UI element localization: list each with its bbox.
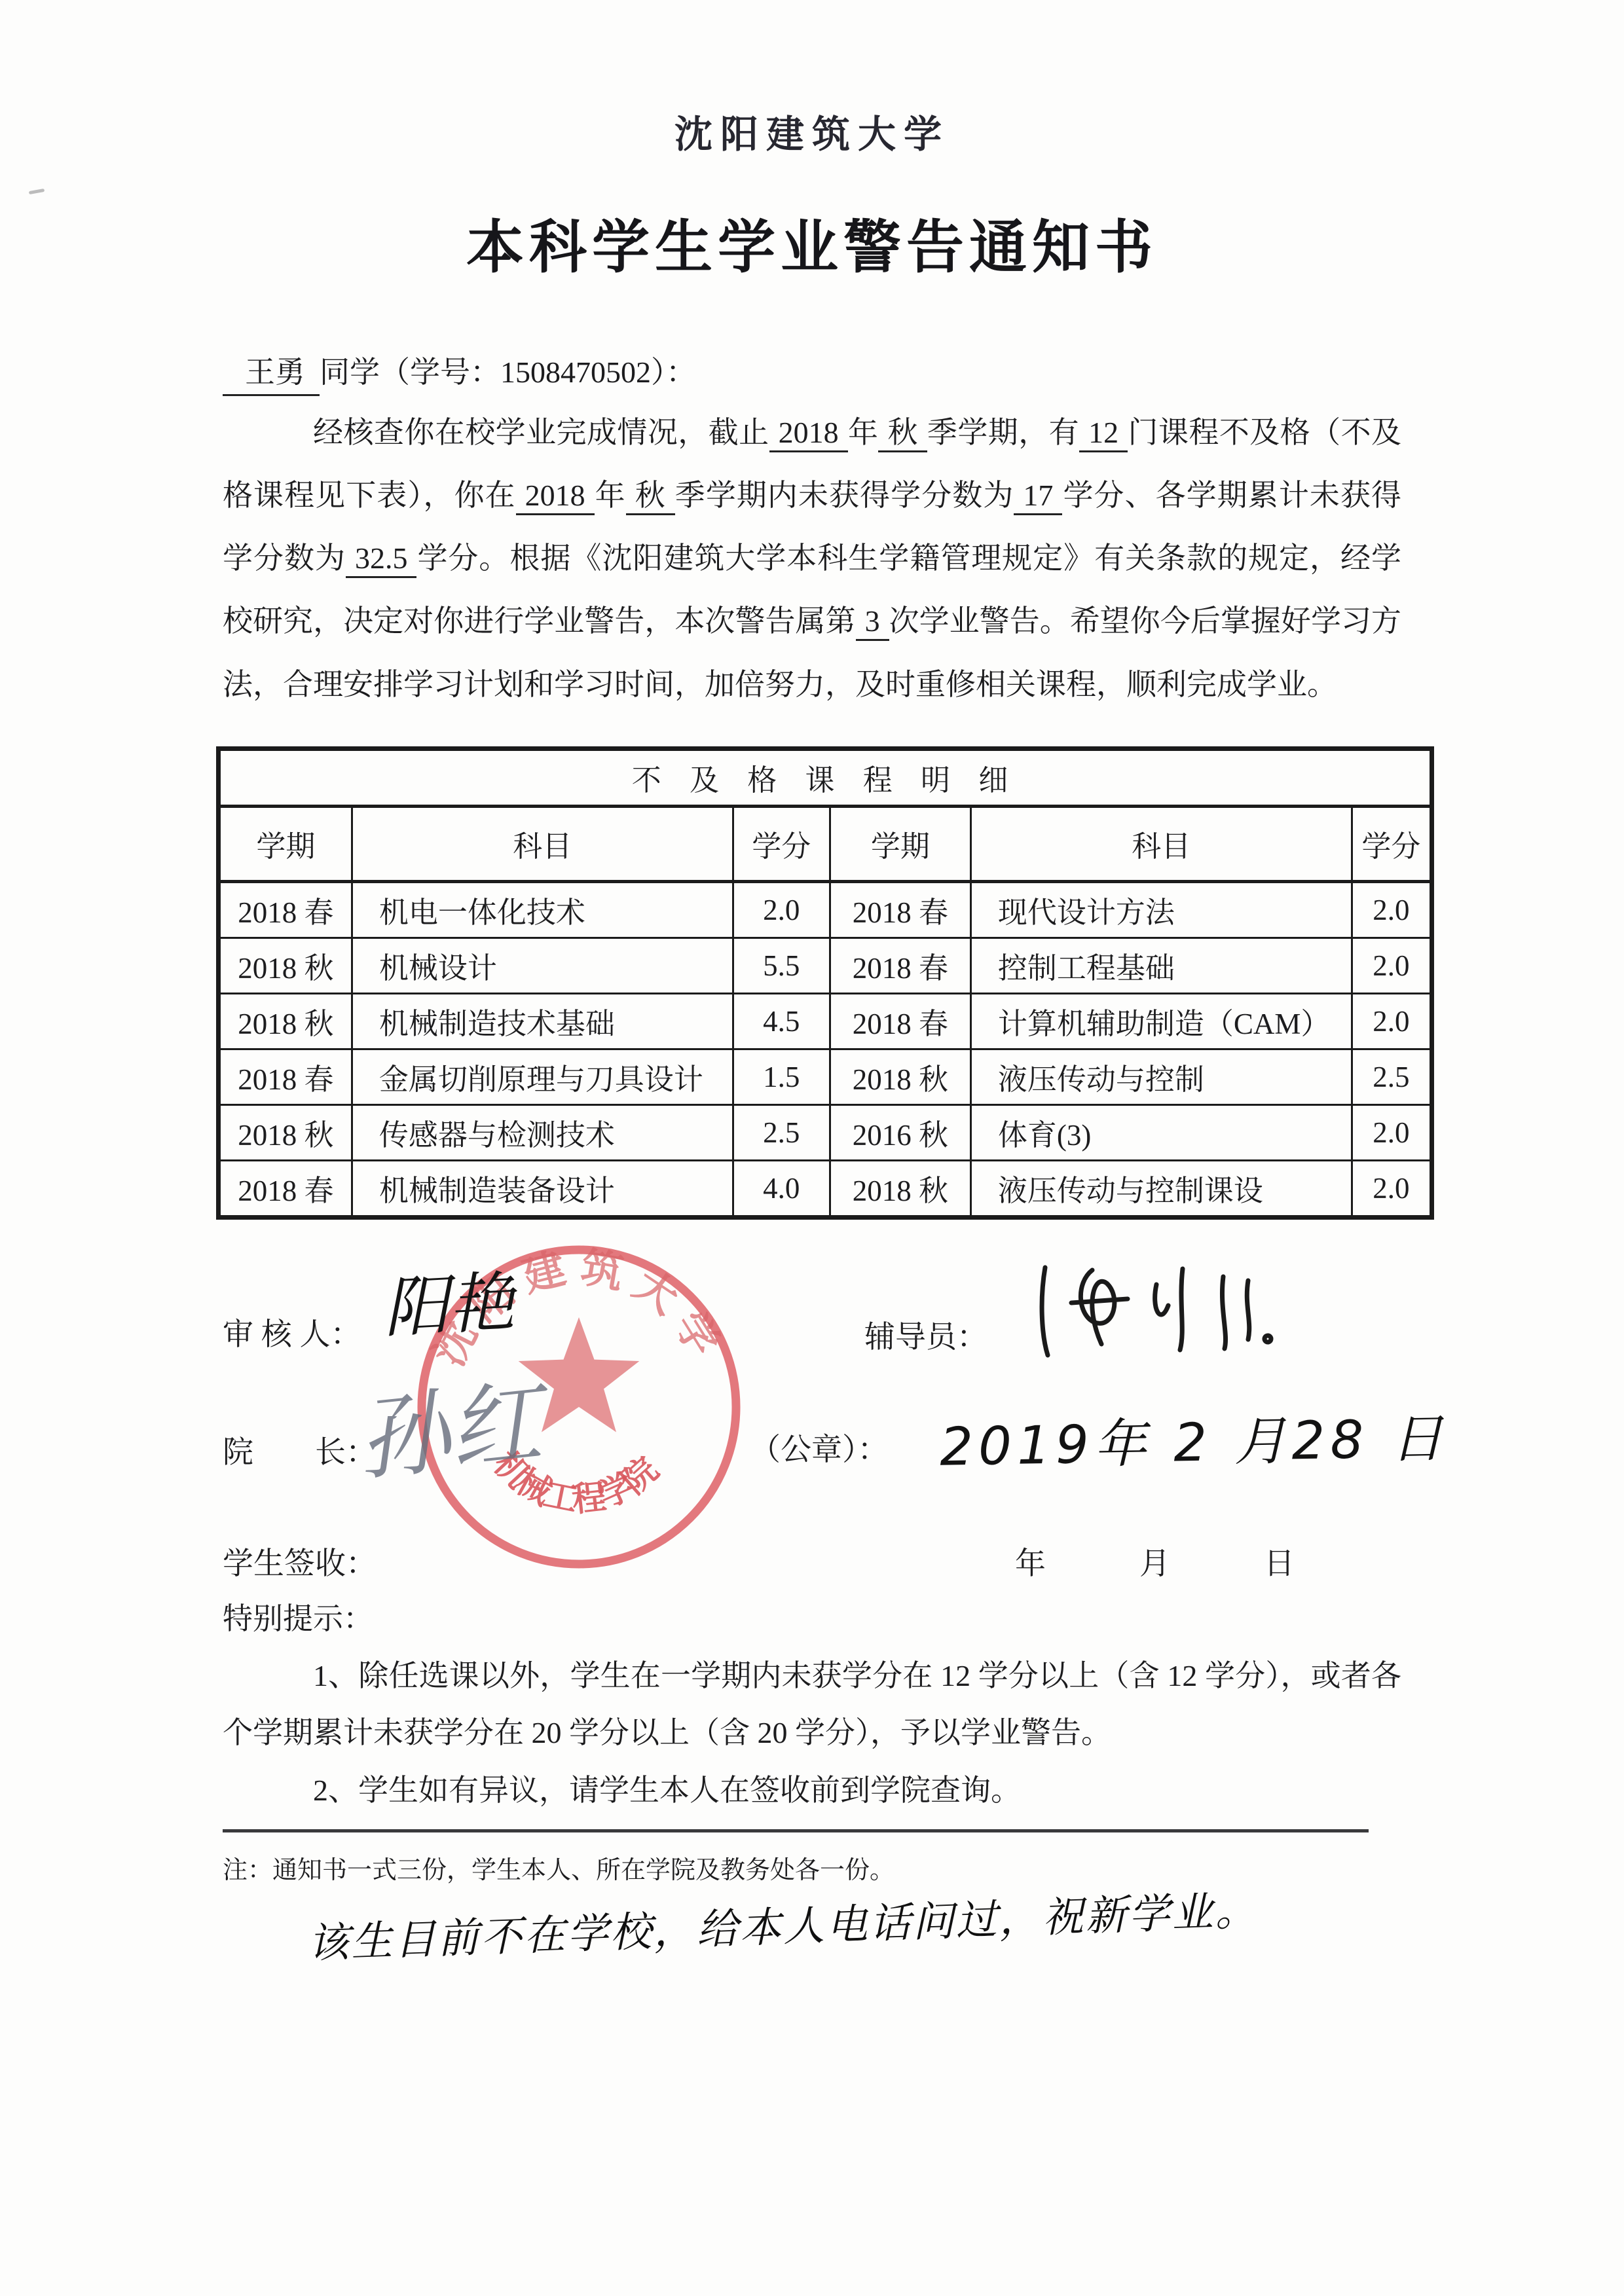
semester-cell: 2018 春 (219, 1049, 352, 1104)
credit-cell: 5.5 (733, 938, 830, 993)
subject-cell: 计算机辅助制造（CAM） (970, 993, 1352, 1049)
counselor-label: 辅导员： (864, 1313, 987, 1357)
semester-missed-credits-value: 17 (1014, 479, 1062, 515)
credit-cell: 2.0 (1352, 881, 1431, 938)
notice-title: 本科学生学业警告通知书 (0, 202, 1624, 284)
paragraph-text: 季学期，有 (927, 416, 1079, 449)
salutation-line: 王勇同学（学号：1508470502）： (223, 348, 1401, 396)
scan-artifact-dash (29, 189, 45, 194)
subject-cell: 液压传动与控制课设 (970, 1160, 1352, 1217)
footer-divider (223, 1829, 1369, 1832)
dean-label: 院 长： (223, 1428, 377, 1472)
subject-cell: 机电一体化技术 (352, 881, 733, 938)
reviewer-signature-handwritten: 阳艳 (380, 1248, 516, 1349)
paragraph-text: 季学期内未获得学分数为 (675, 479, 1014, 512)
day-label: 日 (1264, 1539, 1295, 1583)
semester-cell: 2018 春 (219, 881, 352, 938)
semester-cell: 2018 春 (830, 993, 970, 1049)
table-row: 2018 秋 传感器与检测技术 2.5 2016 秋 体育(3) 2.0 (219, 1104, 1432, 1160)
semester-season-value: 秋 (626, 479, 675, 515)
semester-cell: 2018 秋 (830, 1049, 970, 1104)
table-header-row: 学期 科目 学分 学期 科目 学分 (219, 806, 1432, 881)
student-receipt-label: 学生签收： (223, 1539, 377, 1583)
subject-cell: 金属切削原理与刀具设计 (352, 1049, 733, 1104)
credit-cell: 2.0 (733, 881, 830, 938)
credit-cell: 2.0 (1352, 993, 1431, 1049)
semester-cell: 2016 秋 (830, 1104, 970, 1160)
table-row: 2018 春 机械制造装备设计 4.0 2018 秋 液压传动与控制课设 2.0 (219, 1160, 1432, 1217)
subject-cell: 液压传动与控制 (970, 1049, 1352, 1104)
credit-cell: 4.5 (733, 993, 830, 1049)
month-label: 月 (1139, 1539, 1170, 1583)
subject-cell: 机械制造技术基础 (352, 993, 733, 1049)
signature-section: 沈阳建筑大学 机械工程学院 审 核 人： 阳艳 辅导员： 院 长： 孙红 （公章… (223, 1272, 1401, 1586)
col-header-semester: 学期 (830, 806, 970, 881)
total-missed-credits-value: 32.5 (346, 541, 417, 578)
warning-number-value: 3 (856, 604, 889, 641)
student-name-underlined: 王勇 (223, 348, 320, 396)
official-seal-label: （公章）： (750, 1425, 889, 1469)
year-label: 年 (1015, 1539, 1046, 1583)
semester-cell: 2018 秋 (219, 1104, 352, 1160)
failed-course-count-value: 12 (1079, 416, 1128, 452)
paragraph-text: 年 (595, 479, 626, 512)
dean-signature-handwritten: 孙红 (350, 1349, 546, 1499)
salutation-text: 同学（学号：1508470502）： (320, 355, 696, 389)
body-paragraph: 经核查你在校学业完成情况，截止2018年秋季学期，有12门课程不及格（不及格课程… (223, 401, 1401, 716)
table-row: 2018 秋 机械设计 5.5 2018 春 控制工程基础 2.0 (219, 938, 1432, 993)
subject-cell: 机械设计 (352, 938, 733, 993)
semester-cell: 2018 秋 (219, 938, 352, 993)
col-header-subject: 科目 (970, 806, 1352, 881)
reviewer-label: 审 核 人： (223, 1310, 361, 1354)
counselor-signature-scribble (1028, 1243, 1290, 1380)
scanned-notice-page: 沈阳建筑大学 本科学生学业警告通知书 王勇同学（学号：1508470502）： … (0, 0, 1624, 2296)
semester-cell: 2018 秋 (830, 1160, 970, 1217)
col-header-credits: 学分 (1352, 806, 1431, 881)
col-header-semester: 学期 (219, 806, 352, 881)
subject-cell: 现代设计方法 (970, 881, 1352, 938)
credit-cell: 2.0 (1352, 1104, 1431, 1160)
credit-cell: 2.5 (1352, 1049, 1431, 1104)
deadline-year-value: 2018 (769, 416, 848, 452)
issue-date-handwritten: 2019年 2 月28 日 (939, 1396, 1449, 1480)
col-header-subject: 科目 (352, 806, 733, 881)
semester-cell: 2018 秋 (219, 993, 352, 1049)
university-title: 沈阳建筑大学 (0, 0, 1624, 158)
special-notice-section: 特别提示： 1、除任选课以外，学生在一学期内未获学分在 12 学分以上（含 12… (223, 1590, 1401, 1819)
paragraph-text: 经核查你在校学业完成情况，截止 (313, 416, 769, 449)
table-title: 不 及 格 课 程 明 细 (219, 748, 1432, 806)
subject-cell: 传感器与检测技术 (352, 1104, 733, 1160)
notice-item-2: 2、学生如有异议，请学生本人在签收前到学院查询。 (223, 1762, 1401, 1819)
special-notice-title: 特别提示： (223, 1590, 1401, 1647)
notice-item-1: 1、除任选课以外，学生在一学期内未获学分在 12 学分以上（含 12 学分），或… (223, 1647, 1401, 1762)
credit-cell: 2.0 (1352, 1160, 1431, 1217)
subject-cell: 机械制造装备设计 (352, 1160, 733, 1217)
table-row: 2018 春 机电一体化技术 2.0 2018 春 现代设计方法 2.0 (219, 881, 1432, 938)
col-header-credits: 学分 (733, 806, 830, 881)
credit-cell: 4.0 (733, 1160, 830, 1217)
semester-cell: 2018 春 (830, 881, 970, 938)
semester-year-value: 2018 (516, 479, 595, 515)
credit-cell: 2.5 (733, 1104, 830, 1160)
paragraph-text: 年 (848, 416, 879, 449)
semester-cell: 2018 春 (219, 1160, 352, 1217)
subject-cell: 控制工程基础 (970, 938, 1352, 993)
subject-cell: 体育(3) (970, 1104, 1352, 1160)
table-row: 2018 春 金属切削原理与刀具设计 1.5 2018 秋 液压传动与控制 2.… (219, 1049, 1432, 1104)
semester-cell: 2018 春 (830, 938, 970, 993)
deadline-season-value: 秋 (878, 416, 927, 452)
credit-cell: 2.0 (1352, 938, 1431, 993)
credit-cell: 1.5 (733, 1049, 830, 1104)
failed-courses-table: 不 及 格 课 程 明 细 学期 科目 学分 学期 科目 学分 2018 春 机… (216, 746, 1434, 1220)
table-row: 2018 秋 机械制造技术基础 4.5 2018 春 计算机辅助制造（CAM） … (219, 993, 1432, 1049)
